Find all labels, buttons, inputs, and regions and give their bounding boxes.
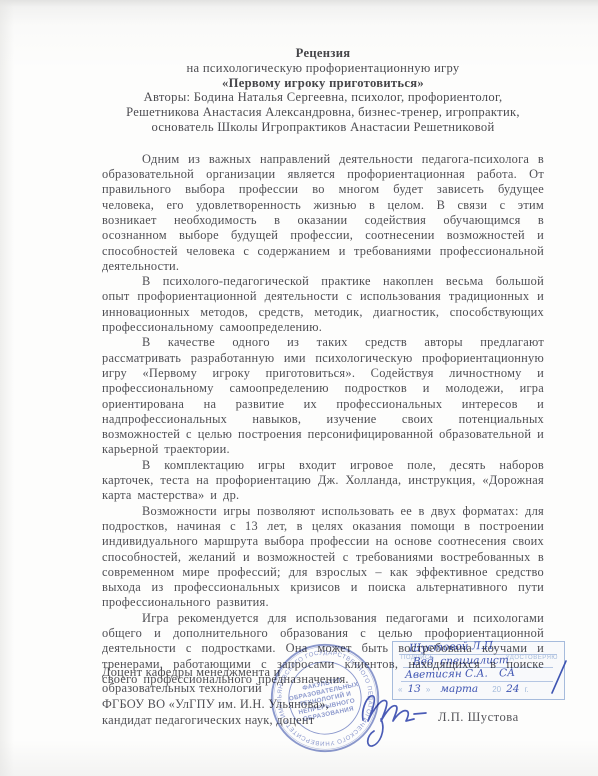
authors-line-1: Авторы: Бодина Наталья Сергеевна, психол…	[102, 90, 544, 105]
signature-slash-icon	[550, 660, 568, 694]
certified-handwritten-name: Шустовой Л.П.	[409, 639, 497, 654]
authors-line-3: основатель Школы Игропрактиков Анастасии…	[102, 120, 544, 135]
document-title: Рецензия	[102, 46, 544, 61]
certifier-initials-flourish: СА	[491, 667, 515, 679]
body-paragraph: Одним из важных направлений деятельности…	[102, 152, 544, 274]
game-title: «Первому игроку приготовиться»	[102, 76, 544, 91]
signer-typed-name: Л.П. Шустова	[438, 710, 519, 725]
body-paragraph: Возможности игры позволяют использовать …	[102, 504, 544, 611]
date-year-handwritten: 24	[501, 683, 524, 695]
scanned-review-document: Рецензия на психологическую профориентац…	[0, 0, 598, 776]
handwritten-signature-icon	[356, 686, 438, 748]
document-content: Рецензия на психологическую профориентац…	[102, 46, 544, 687]
document-body: Одним из важных направлений деятельности…	[102, 152, 544, 687]
stamp-rule-line	[401, 681, 553, 682]
document-subtitle: на психологическую профориентационную иг…	[102, 61, 544, 76]
certifier-name-text: Аветисян С.А.	[405, 668, 488, 681]
date-suffix: г.	[524, 685, 528, 694]
body-paragraph: В качестве одного из таких средств автор…	[102, 335, 544, 457]
date-year-prefix: 20	[492, 685, 501, 694]
certifier-role-handwritten: Вед. специалист	[413, 654, 509, 668]
authors-line-2: Решетникова Анастасия Александровна, биз…	[102, 105, 544, 120]
certifier-name-handwritten: Аветисян С.А. СА	[405, 667, 515, 681]
document-header: Рецензия на психологическую профориентац…	[102, 46, 544, 135]
body-paragraph: В психолого-педагогической практике нако…	[102, 274, 544, 335]
body-paragraph: В комплектацию игры входит игровое поле,…	[102, 458, 544, 504]
date-month-handwritten: марта	[430, 683, 492, 695]
